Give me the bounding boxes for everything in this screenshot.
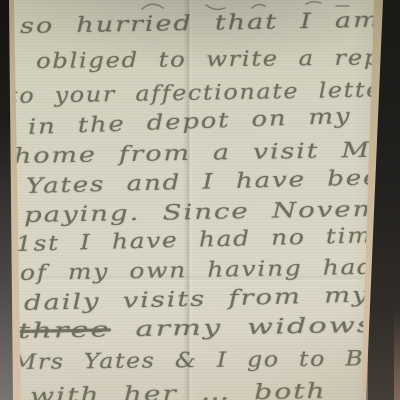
framed-letter-photo: so hurried that I am obliged to write a …	[0, 0, 400, 400]
handwritten-line: obliged to write a reply	[36, 45, 400, 73]
handwriting-block: so hurried that I am obliged to write a …	[0, 0, 400, 400]
handwritten-line-partial: with her … both	[30, 379, 327, 400]
line-rest: army widows.	[110, 313, 386, 342]
frame-glint	[394, 310, 400, 400]
strikethrough-word: three	[18, 317, 111, 343]
handwritten-line: home from a visit Mrs	[14, 137, 400, 168]
handwritten-line: Yates and I have been	[26, 165, 400, 198]
handwritten-line: of my own having had my	[20, 254, 400, 285]
handwritten-line: Mrs Yates & I go to Boston	[12, 346, 400, 374]
handwritten-line: so hurried that I am	[20, 8, 381, 38]
letter-paper: so hurried that I am obliged to write a …	[0, 0, 400, 400]
handwritten-line: paying. Since November	[24, 196, 400, 227]
handwritten-line: daily visits from my	[24, 283, 370, 315]
handwritten-line: three army widows.	[18, 313, 387, 343]
handwritten-line: 1st I have had no time	[16, 223, 390, 256]
